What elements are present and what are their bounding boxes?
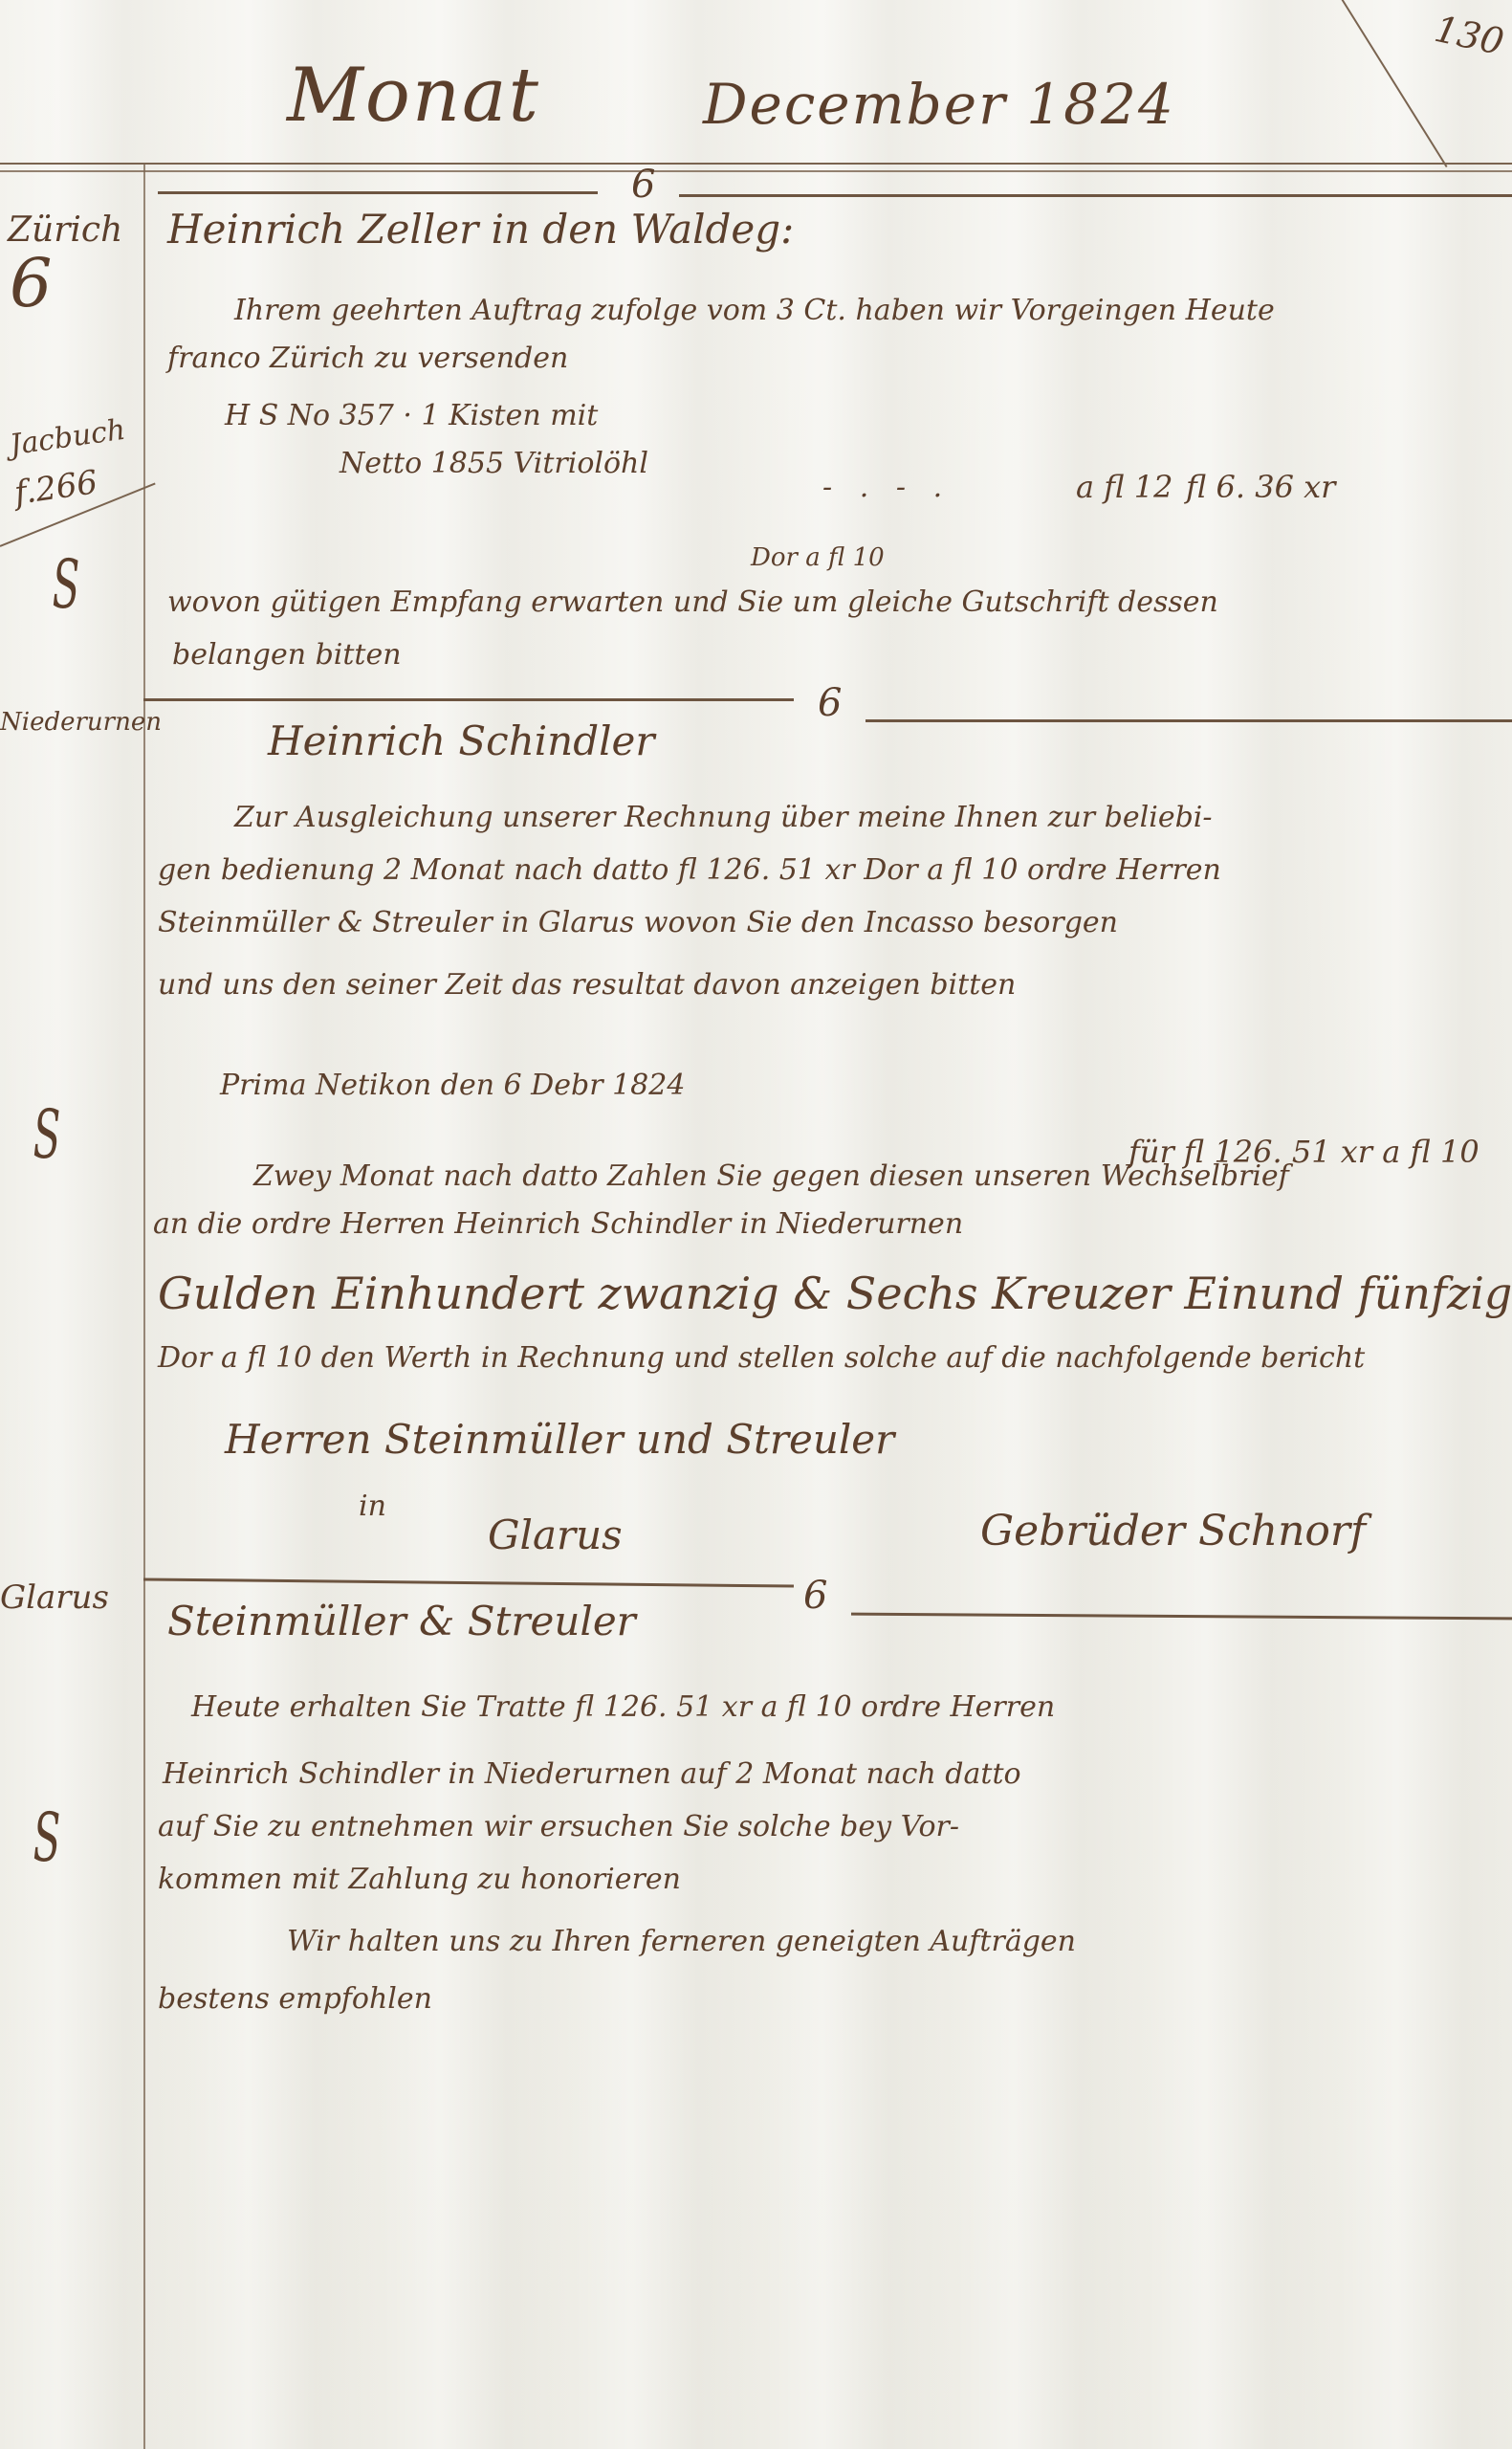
- entry-name: Heinrich Schindler: [268, 717, 654, 764]
- margin-line: [143, 163, 145, 2449]
- entry-line: Ihrem geehrten Auftrag zufolge vom 3 Ct.…: [234, 297, 1275, 325]
- entry-separator: [158, 191, 598, 194]
- header-title-word: Monat: [287, 53, 540, 139]
- margin-day: 6: [10, 244, 53, 322]
- closing-line: wovon gütigen Empfang erwarten und Sie u…: [167, 588, 1218, 617]
- entry-line: Heute erhalten Sie Tratte fl 126. 51 xr …: [191, 1693, 1055, 1722]
- draft-line: Dor a fl 10 den Werth in Rechnung und st…: [158, 1344, 1365, 1373]
- draft-line: an die ordre Herren Heinrich Schindler i…: [153, 1210, 963, 1239]
- entry-line: bestens empfohlen: [158, 1985, 432, 2014]
- margin-place: Niederurnen: [0, 708, 162, 737]
- margin-ref-label: Jacbuch: [8, 413, 127, 463]
- entry-separator: [679, 194, 1512, 197]
- entry-name: Steinmüller & Streuler: [167, 1598, 636, 1644]
- ledger-page: Monat December 1824 130 6 Zürich 6 Jacbu…: [0, 0, 1512, 2449]
- draft-line: Zwey Monat nach datto Zahlen Sie gegen d…: [253, 1162, 1289, 1191]
- entry-line: kommen mit Zahlung zu honorieren: [158, 1865, 681, 1894]
- margin-mark: S: [33, 1798, 61, 1877]
- entry-separator: [143, 698, 794, 701]
- entry-line: Zur Ausgleichung unserer Rechnung über m…: [234, 804, 1213, 832]
- entry-separator: [851, 1613, 1512, 1621]
- closing-line: belangen bitten: [172, 641, 402, 670]
- margin-ref-folio: f.266: [12, 463, 100, 513]
- entry-line: Wir halten uns zu Ihren ferneren geneigt…: [287, 1928, 1076, 1956]
- entry-line: Netto 1855 Vitriolöhl: [340, 450, 648, 478]
- entry-separator: [866, 719, 1512, 722]
- unit-price: a fl 12: [1076, 469, 1172, 505]
- draft-place-date: Prima Netikon den 6 Debr 1824: [220, 1071, 685, 1100]
- header-month: December 1824: [703, 72, 1175, 137]
- entry-line: gen bedienung 2 Monat nach datto fl 126.…: [158, 856, 1221, 885]
- entry-date-marker: 6: [818, 681, 842, 725]
- entry-line: Heinrich Schindler in Niederurnen auf 2 …: [163, 1760, 1021, 1789]
- entry-line: H S No 357 · 1 Kisten mit: [225, 402, 598, 430]
- entry-line: auf Sie zu entnehmen wir ersuchen Sie so…: [158, 1813, 959, 1842]
- header-rule-double: [0, 170, 1512, 172]
- draft-addressee-place: Glarus: [488, 1511, 623, 1558]
- entry-date-marker: 6: [803, 1574, 827, 1618]
- draft-drawee: Herren Steinmüller und Streuler: [225, 1416, 894, 1463]
- entry-line: Steinmüller & Streuler in Glarus wovon S…: [158, 909, 1118, 938]
- corner-diagonal-rule: [1329, 0, 1448, 167]
- discount-note: Dor a fl 10: [751, 545, 885, 570]
- entry-separator: [143, 1578, 794, 1587]
- margin-mark: S: [53, 545, 80, 624]
- page-number: 130: [1431, 8, 1507, 63]
- margin-place: Glarus: [0, 1578, 109, 1617]
- entry-name: Heinrich Zeller in den Waldeg:: [167, 206, 794, 253]
- header-rule: [0, 163, 1512, 165]
- entry-date-marker: 6: [631, 163, 655, 207]
- margin-mark: S: [33, 1095, 61, 1174]
- entry-line: und uns den seiner Zeit das resultat dav…: [158, 971, 1016, 1000]
- line-total: fl 6. 36 xr: [1186, 469, 1335, 505]
- draft-amount-words: Gulden Einhundert zwanzig & Sechs Kreuze…: [158, 1268, 1512, 1319]
- entry-line: franco Zürich zu versenden: [167, 344, 568, 373]
- leader-dots: - . - .: [822, 474, 942, 502]
- draft-addressee-prefix: in: [359, 1492, 386, 1521]
- signature: Gebrüder Schnorf: [980, 1507, 1366, 1555]
